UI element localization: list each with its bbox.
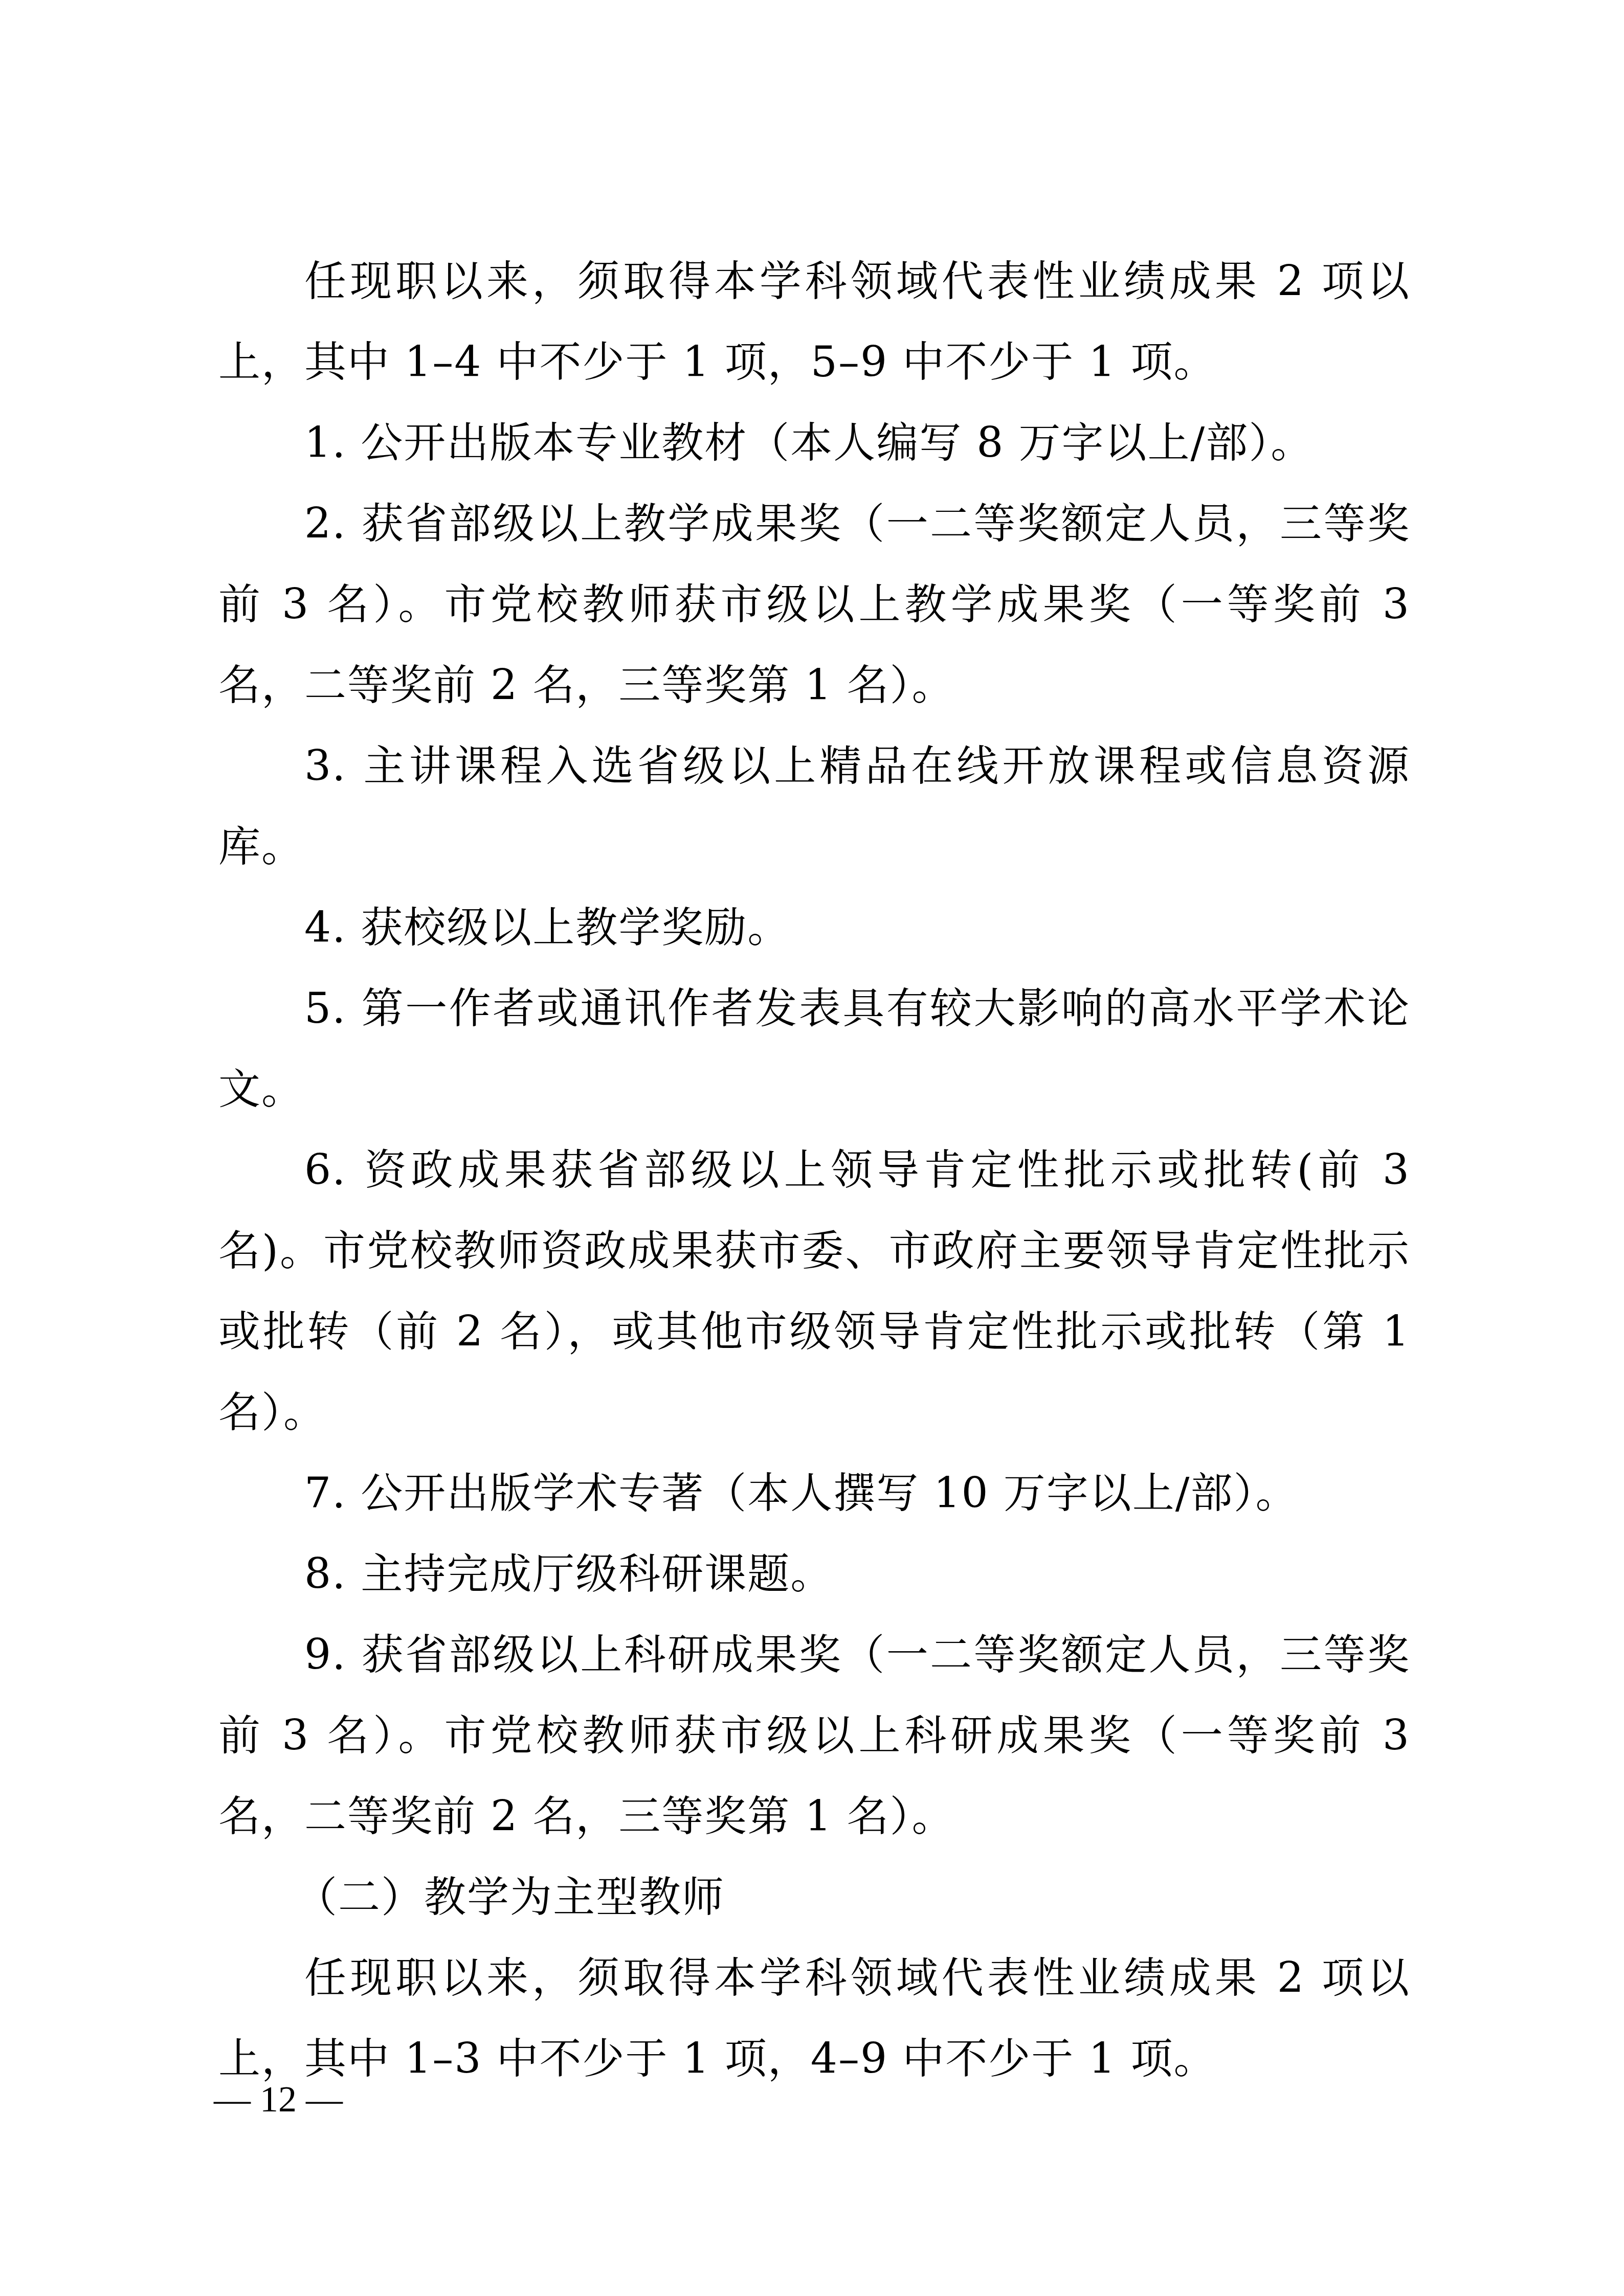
intro-requirement-paragraph: 任现职以来，须取得本学科领域代表性业绩成果 2 项以上，其中 1–4 中不少于 … bbox=[218, 241, 1410, 403]
criterion-item-3: 3. 主讲课程入选省级以上精品在线开放课程或信息资源库。 bbox=[218, 726, 1410, 888]
criterion-item-5: 5. 第一作者或通讯作者发表具有较大影响的高水平学术论文。 bbox=[218, 969, 1410, 1130]
criterion-item-9: 9. 获省部级以上科研成果奖（一二等奖额定人员，三等奖前 3 名）。市党校教师获… bbox=[218, 1615, 1410, 1857]
document-page: 任现职以来，须取得本学科领域代表性业绩成果 2 项以上，其中 1–4 中不少于 … bbox=[0, 0, 1624, 2296]
criterion-item-4: 4. 获校级以上教学奖励。 bbox=[218, 888, 1410, 969]
page-number: — 12 — bbox=[214, 2076, 343, 2122]
criterion-item-8: 8. 主持完成厅级科研课题。 bbox=[218, 1534, 1410, 1615]
body-text: 任现职以来，须取得本学科领域代表性业绩成果 2 项以上，其中 1–4 中不少于 … bbox=[218, 241, 1410, 2100]
section-heading: （二）教学为主型教师 bbox=[218, 1857, 1410, 1938]
criterion-item-6: 6. 资政成果获省部级以上领导肯定性批示或批转(前 3 名)。市党校教师资政成果… bbox=[218, 1130, 1410, 1453]
section-requirement-paragraph: 任现职以来，须取得本学科领域代表性业绩成果 2 项以上，其中 1–3 中不少于 … bbox=[218, 1938, 1410, 2100]
criterion-item-1: 1. 公开出版本专业教材（本人编写 8 万字以上/部）。 bbox=[218, 403, 1410, 484]
criterion-item-2: 2. 获省部级以上教学成果奖（一二等奖额定人员，三等奖前 3 名）。市党校教师获… bbox=[218, 484, 1410, 726]
criterion-item-7: 7. 公开出版学术专著（本人撰写 10 万字以上/部）。 bbox=[218, 1453, 1410, 1534]
